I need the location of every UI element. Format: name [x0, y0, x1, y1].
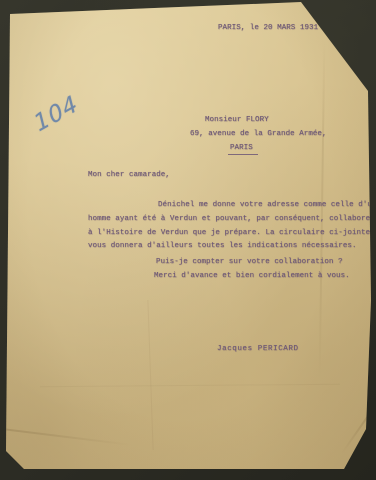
paper-crease [147, 300, 153, 450]
scan-background: 104 PARIS, le 20 MARS 1931 Monsieur FLOR… [0, 0, 376, 480]
body-line: Dénichel me donne votre adresse comme ce… [88, 201, 376, 210]
body-line: vous donnera d'ailleurs toutes les indic… [88, 242, 357, 251]
recipient-city: PARIS [228, 144, 258, 155]
salutation: Mon cher camarade, [88, 171, 170, 180]
archive-number-handwritten: 104 [30, 91, 82, 137]
body-line: Puis-je compter sur votre collaboration … [88, 258, 343, 267]
signature: Jacques PERICARD [217, 345, 299, 354]
paper-fold-bottom-right [341, 408, 374, 454]
date-line: PARIS, le 20 MARS 1931 [218, 24, 318, 33]
body-line: homme ayant été à Verdun et pouvant, par… [88, 215, 375, 224]
recipient-street: 69, avenue de la Grande Armée, [190, 130, 327, 139]
body-line: à l'Histoire de Verdun que je prépare. L… [88, 229, 370, 238]
recipient-name: Monsieur FLORY [205, 116, 269, 125]
letter-paper: 104 PARIS, le 20 MARS 1931 Monsieur FLOR… [0, 0, 376, 480]
body-line: Merci d'avance et bien cordialement à vo… [88, 272, 350, 281]
paper-crease [2, 428, 131, 446]
paper-crease [40, 384, 340, 388]
paper-crease [319, 40, 326, 380]
